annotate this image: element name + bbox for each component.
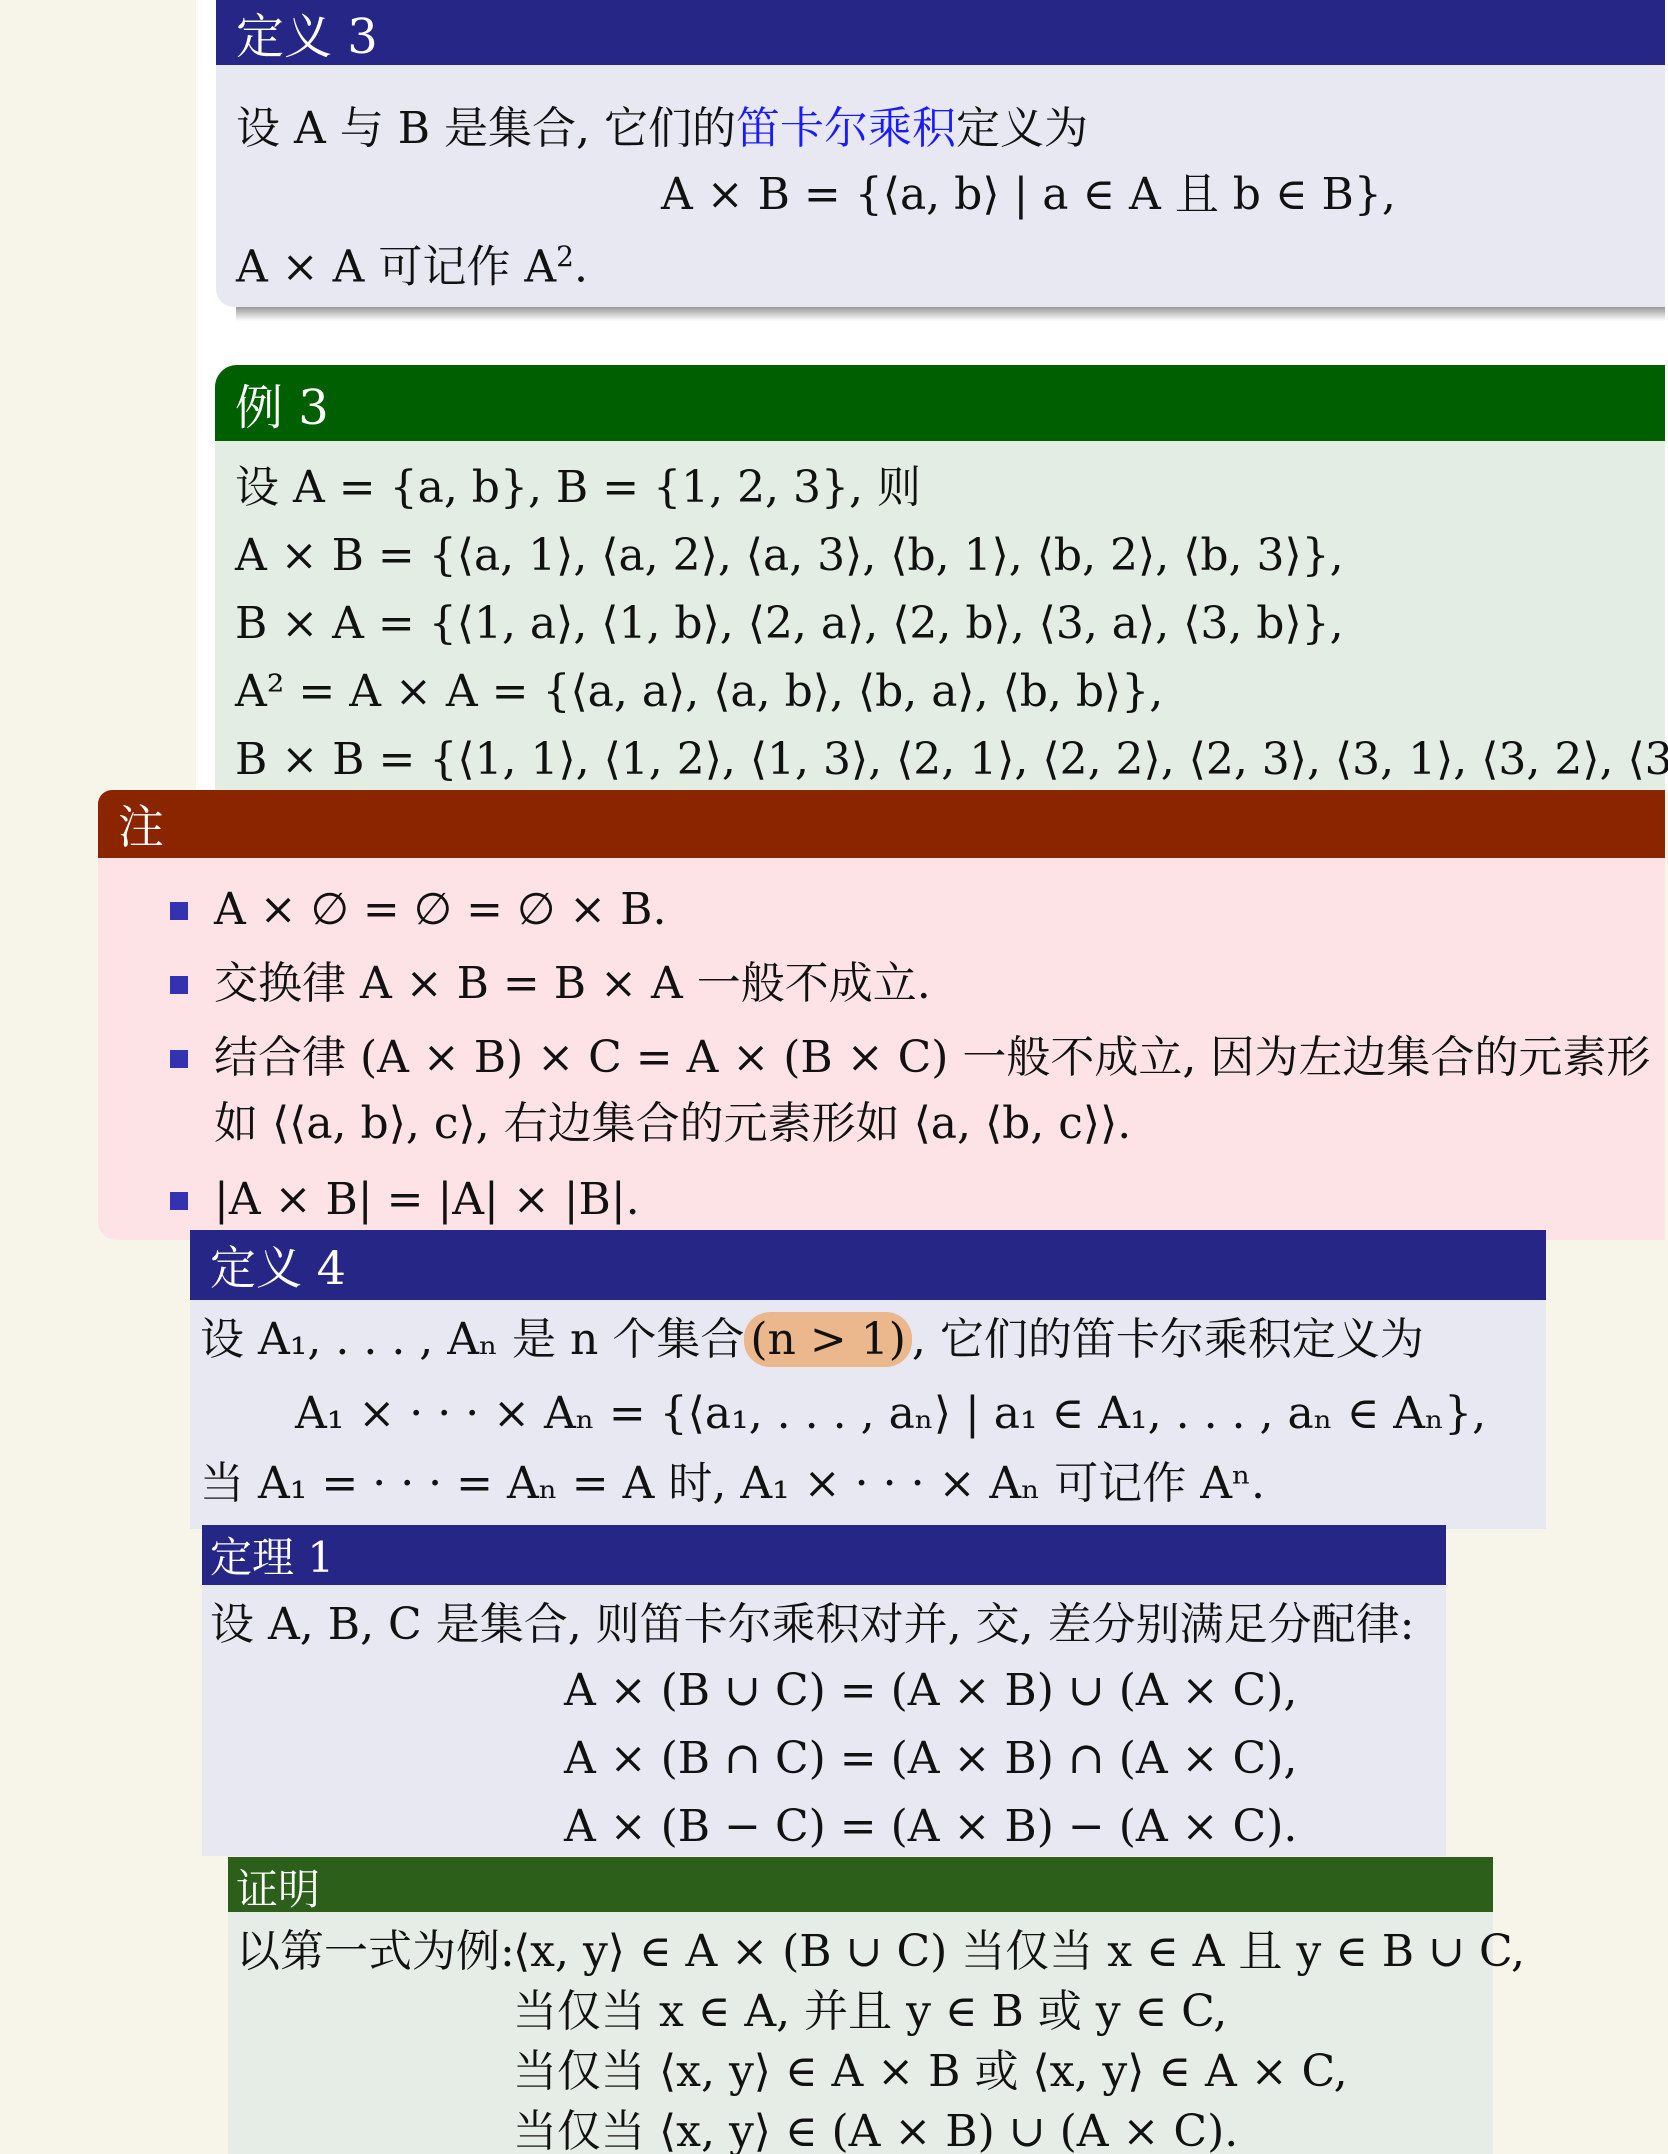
definition-4-line-3: 当 A₁ = · · · = Aₙ = A 时, A₁ × · · · × Aₙ… xyxy=(200,1462,1265,1506)
example-3-line: A × B = {⟨a, 1⟩, ⟨a, 2⟩, ⟨a, 3⟩, ⟨b, 1⟩,… xyxy=(235,534,1344,578)
theorem-1-formula: A × (B ∪ C) = (A × B) ∪ (A × C), xyxy=(564,1669,1297,1713)
square-bullet-icon xyxy=(170,976,188,994)
note-item: A × ∅ = ∅ = ∅ × B. xyxy=(214,888,666,932)
definition-3-line-3-text: A × A 可记作 A xyxy=(236,242,556,293)
proof-body: 以第一式为例: ⟨x, y⟩ ∈ A × (B ∪ C) 当仅当 x ∈ A 且… xyxy=(228,1912,1493,2154)
definition-3-line-3-tail: . xyxy=(574,242,588,293)
example-3-line: 设 A = {a, b}, B = {1, 2, 3}, 则 xyxy=(235,466,921,510)
definition-4-line-1-prefix: 设 A₁, . . . , Aₙ 是 n 个集合 xyxy=(200,1314,744,1365)
example-3-body: 设 A = {a, b}, B = {1, 2, 3}, 则 A × B = {… xyxy=(215,441,1665,790)
proof-title: 证明 xyxy=(228,1857,1493,1912)
definition-3-line-1: 设 A 与 B 是集合, 它们的笛卡尔乘积定义为 xyxy=(236,107,1088,151)
note-item: 交换律 A × B = B × A 一般不成立. xyxy=(214,962,931,1006)
note-item: 结合律 (A × B) × C = A × (B × C) 一般不成立, 因为左… xyxy=(214,1036,1650,1080)
example-3-line: B × B = {⟨1, 1⟩, ⟨1, 2⟩, ⟨1, 3⟩, ⟨2, 1⟩,… xyxy=(235,738,1668,782)
definition-4-formula: A₁ × · · · × Aₙ = {⟨a₁, . . . , aₙ⟩ | a₁… xyxy=(295,1392,1486,1436)
note-item-continuation: 如 ⟨⟨a, b⟩, c⟩, 右边集合的元素形如 ⟨a, ⟨b, c⟩⟩. xyxy=(214,1102,1131,1146)
proof-line: 当仅当 ⟨x, y⟩ ∈ (A × B) ∪ (A × C). xyxy=(513,2110,1238,2154)
square-bullet-icon xyxy=(170,902,188,920)
definition-4-line-1-suffix: , 它们的笛卡尔乘积定义为 xyxy=(912,1314,1424,1365)
definition-3-formula: A × B = {⟨a, b⟩ | a ∈ A 且 b ∈ B}, xyxy=(661,173,1396,217)
example-3-block: 例 3 设 A = {a, b}, B = {1, 2, 3}, 则 A × B… xyxy=(215,365,1665,790)
theorem-1-formula: A × (B ∩ C) = (A × B) ∩ (A × C), xyxy=(564,1737,1297,1781)
definition-3-line-1-prefix: 设 A 与 B 是集合, 它们的 xyxy=(236,103,736,154)
definition-3-shadow xyxy=(236,305,1665,321)
proof-line: ⟨x, y⟩ ∈ A × (B ∪ C) 当仅当 x ∈ A 且 y ∈ B ∪… xyxy=(513,1930,1525,1974)
proof-line: 当仅当 ⟨x, y⟩ ∈ A × B 或 ⟨x, y⟩ ∈ A × C, xyxy=(513,2050,1348,2094)
theorem-1-title: 定理 1 xyxy=(202,1525,1446,1585)
theorem-1-body: 设 A, B, C 是集合, 则笛卡尔乘积对并, 交, 差分别满足分配律: A … xyxy=(202,1585,1446,1856)
note-body: A × ∅ = ∅ = ∅ × B. 交换律 A × B = B × A 一般不… xyxy=(98,858,1665,1240)
example-3-line: A² = A × A = {⟨a, a⟩, ⟨a, b⟩, ⟨b, a⟩, ⟨b… xyxy=(235,670,1163,714)
definition-3-superscript: 2 xyxy=(556,240,574,273)
definition-3-line-3: A × A 可记作 A2. xyxy=(236,243,588,290)
proof-block: 证明 以第一式为例: ⟨x, y⟩ ∈ A × (B ∪ C) 当仅当 x ∈ … xyxy=(228,1857,1493,2154)
theorem-1-statement: 设 A, B, C 是集合, 则笛卡尔乘积对并, 交, 差分别满足分配律: xyxy=(210,1603,1414,1647)
square-bullet-icon xyxy=(170,1050,188,1068)
square-bullet-icon xyxy=(170,1192,188,1210)
example-3-line: B × A = {⟨1, a⟩, ⟨1, b⟩, ⟨2, a⟩, ⟨2, b⟩,… xyxy=(235,602,1344,646)
definition-4-block: 定义 4 设 A₁, . . . , Aₙ 是 n 个集合(n > 1), 它们… xyxy=(190,1230,1546,1529)
definition-3-block: 定义 3 设 A 与 B 是集合, 它们的笛卡尔乘积定义为 A × B = {⟨… xyxy=(216,0,1665,307)
proof-lead: 以第一式为例: xyxy=(236,1930,515,1974)
theorem-1-block: 定理 1 设 A, B, C 是集合, 则笛卡尔乘积对并, 交, 差分别满足分配… xyxy=(202,1525,1446,1856)
example-3-title: 例 3 xyxy=(215,365,1665,441)
cartesian-product-term: 笛卡尔乘积 xyxy=(736,103,956,154)
definition-4-title: 定义 4 xyxy=(190,1230,1546,1300)
definition-3-body: 设 A 与 B 是集合, 它们的笛卡尔乘积定义为 A × B = {⟨a, b⟩… xyxy=(216,65,1665,307)
highlighted-condition: (n > 1) xyxy=(744,1312,912,1367)
definition-3-line-1-suffix: 定义为 xyxy=(956,103,1088,154)
theorem-1-formula: A × (B − C) = (A × B) − (A × C). xyxy=(564,1805,1297,1849)
definition-4-line-1: 设 A₁, . . . , Aₙ 是 n 个集合(n > 1), 它们的笛卡尔乘… xyxy=(200,1318,1424,1362)
definition-4-body: 设 A₁, . . . , Aₙ 是 n 个集合(n > 1), 它们的笛卡尔乘… xyxy=(190,1300,1546,1529)
proof-line: 当仅当 x ∈ A, 并且 y ∈ B 或 y ∈ C, xyxy=(513,1990,1227,2034)
definition-3-title: 定义 3 xyxy=(216,0,1665,65)
note-title: 注 xyxy=(98,790,1665,858)
note-item: |A × B| = |A| × |B|. xyxy=(214,1178,640,1222)
note-block: 注 A × ∅ = ∅ = ∅ × B. 交换律 A × B = B × A 一… xyxy=(98,790,1665,1240)
